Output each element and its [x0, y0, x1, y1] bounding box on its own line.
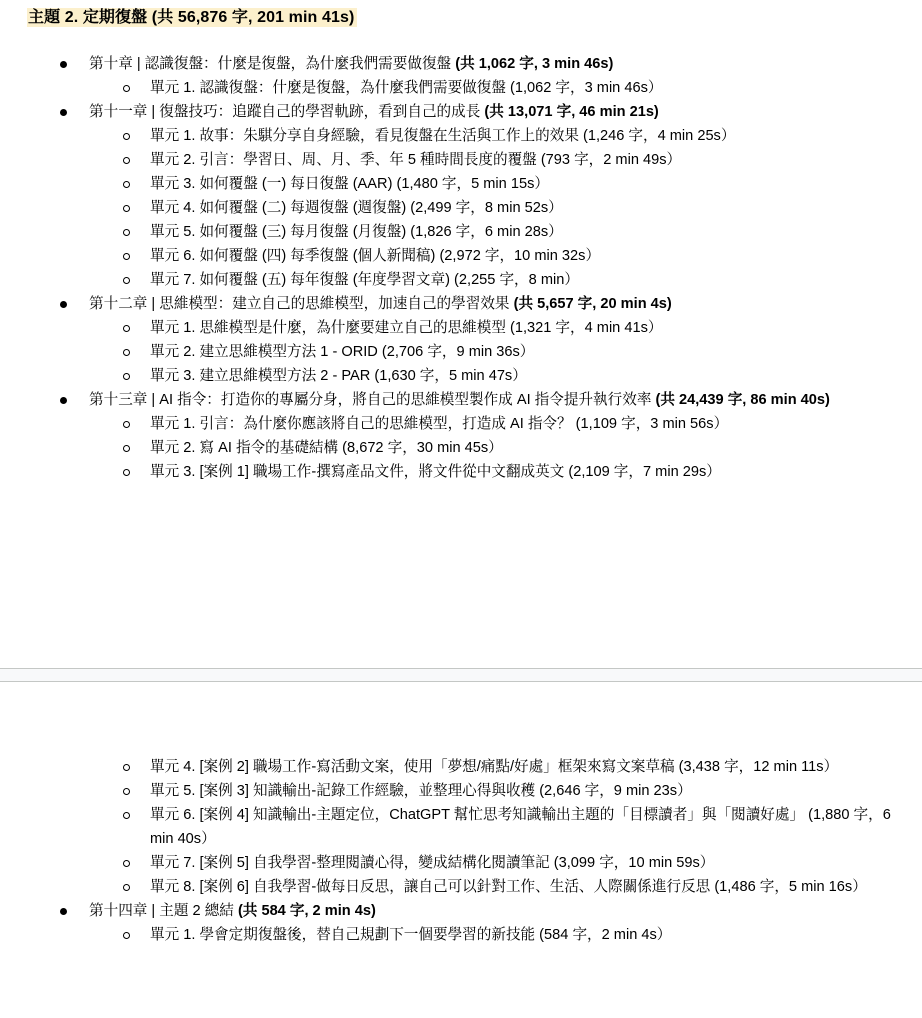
unit-title-text: 單元 3. [案例 1] 職場工作-撰寫產品文件，將文件從中文翻成英文 (2,1…: [150, 464, 721, 480]
bullet-disc-icon: [60, 109, 67, 116]
page-break: [0, 668, 922, 682]
unit-title-text: 單元 5. [案例 3] 知識輸出-記錄工作經驗，並整理心得與收穫 (2,646…: [150, 783, 692, 799]
page-1: 主題 2. 定期復盤 (共 56,876 字, 201 min 41s) 第十章…: [0, 0, 922, 668]
unit-title-text: 單元 1. 認識復盤：什麼是復盤，為什麼我們需要做復盤 (1,062 字，3 m…: [150, 80, 662, 96]
unit-title-text: 單元 4. [案例 2] 職場工作-寫活動文案，使用「夢想/痛點/好處」框架來寫…: [150, 759, 838, 775]
chapter-title-text: 第十一章 | 復盤技巧：追蹤自己的學習軌跡，看到自己的成長: [89, 104, 480, 120]
bullet-circle-icon: [123, 157, 130, 164]
unit-title-text: 單元 5. 如何覆盤 (三) 每月復盤 (月復盤) (1,826 字，6 min…: [150, 224, 563, 240]
bullet-circle-icon: [123, 133, 130, 140]
unit-item: 單元 1. 學會定期復盤後，替自己規劃下一個要學習的新技能 (584 字，2 m…: [0, 923, 894, 947]
unit-item: 單元 1. 故事：朱騏分享自身經驗，看見復盤在生活與工作上的效果 (1,246 …: [0, 124, 894, 148]
bullet-circle-icon: [123, 85, 130, 92]
document-canvas: 主題 2. 定期復盤 (共 56,876 字, 201 min 41s) 第十章…: [0, 0, 922, 1018]
chapter-item: 第十一章 | 復盤技巧：追蹤自己的學習軌跡，看到自己的成長 (共 13,071 …: [0, 100, 894, 124]
bullet-circle-icon: [123, 860, 130, 867]
unit-item: 單元 2. 建立思維模型方法 1 - ORID (2,706 字，9 min 3…: [0, 340, 894, 364]
unit-item: 單元 3. 如何覆盤 (一) 每日復盤 (AAR) (1,480 字，5 min…: [0, 172, 894, 196]
unit-title-text: 單元 1. 引言：為什麼你應該將自己的思維模型，打造成 AI 指令？ (1,10…: [150, 416, 728, 432]
bullet-circle-icon: [123, 253, 130, 260]
bullet-disc-icon: [60, 301, 67, 308]
unit-title-text: 單元 6. [案例 4] 知識輸出-主題定位，ChatGPT 幫忙思考知識輸出主…: [150, 807, 891, 847]
unit-title-text: 單元 1. 思維模型是什麼，為什麼要建立自己的思維模型 (1,321 字，4 m…: [150, 320, 662, 336]
unit-title-text: 單元 2. 建立思維模型方法 1 - ORID (2,706 字，9 min 3…: [150, 344, 534, 360]
chapter-title-text: 第十三章 | AI 指令：打造你的專屬分身，將自己的思維模型製作成 AI 指令提…: [89, 392, 651, 408]
bullet-circle-icon: [123, 421, 130, 428]
bullet-circle-icon: [123, 469, 130, 476]
chapter-stats-text: (共 5,657 字, 20 min 4s): [510, 296, 672, 312]
unit-item: 單元 3. [案例 1] 職場工作-撰寫產品文件，將文件從中文翻成英文 (2,1…: [0, 460, 894, 484]
unit-item: 單元 5. 如何覆盤 (三) 每月復盤 (月復盤) (1,826 字，6 min…: [0, 220, 894, 244]
chapter-item: 第十章 | 認識復盤：什麼是復盤，為什麼我們需要做復盤 (共 1,062 字, …: [0, 52, 894, 76]
chapter-item: 第十二章 | 思維模型：建立自己的思維模型，加速自己的學習效果 (共 5,657…: [0, 292, 894, 316]
unit-title-text: 單元 7. [案例 5] 自我學習-整理閱讀心得，變成結構化閱讀筆記 (3,09…: [150, 855, 714, 871]
unit-item: 單元 7. [案例 5] 自我學習-整理閱讀心得，變成結構化閱讀筆記 (3,09…: [0, 851, 894, 875]
unit-title-text: 單元 3. 建立思維模型方法 2 - PAR (1,630 字，5 min 47…: [150, 368, 527, 384]
bullet-circle-icon: [123, 181, 130, 188]
bullet-disc-icon: [60, 61, 67, 68]
topic-title-highlight: 主題 2. 定期復盤 (共 56,876 字, 201 min 41s): [27, 8, 357, 27]
unit-title-text: 單元 4. 如何覆盤 (二) 每週復盤 (週復盤) (2,499 字，8 min…: [150, 200, 563, 216]
unit-item: 單元 2. 寫 AI 指令的基礎結構 (8,672 字，30 min 45s）: [0, 436, 894, 460]
unit-item: 單元 6. [案例 4] 知識輸出-主題定位，ChatGPT 幫忙思考知識輸出主…: [0, 803, 894, 851]
unit-item: 單元 1. 思維模型是什麼，為什麼要建立自己的思維模型 (1,321 字，4 m…: [0, 316, 894, 340]
chapter-item: 第十四章 | 主題 2 總結 (共 584 字, 2 min 4s): [0, 899, 894, 923]
bullet-circle-icon: [123, 812, 130, 819]
unit-item: 單元 3. 建立思維模型方法 2 - PAR (1,630 字，5 min 47…: [0, 364, 894, 388]
unit-item: 單元 1. 引言：為什麼你應該將自己的思維模型，打造成 AI 指令？ (1,10…: [0, 412, 894, 436]
bullet-circle-icon: [123, 325, 130, 332]
bullet-circle-icon: [123, 932, 130, 939]
bullet-circle-icon: [123, 788, 130, 795]
bullet-circle-icon: [123, 229, 130, 236]
chapter-stats-text: (共 13,071 字, 46 min 21s): [480, 104, 658, 120]
unit-item: 單元 2. 引言：學習日、周、月、季、年 5 種時間長度的覆盤 (793 字，2…: [0, 148, 894, 172]
unit-title-text: 單元 7. 如何覆盤 (五) 每年復盤 (年度學習文章) (2,255 字，8 …: [150, 272, 579, 288]
unit-title-text: 單元 2. 引言：學習日、周、月、季、年 5 種時間長度的覆盤 (793 字，2…: [150, 152, 681, 168]
unit-item: 單元 8. [案例 6] 自我學習-做每日反思，讓自己可以針對工作、生活、人際關…: [0, 875, 894, 899]
chapter-stats-text: (共 24,439 字, 86 min 40s): [651, 392, 829, 408]
bullet-circle-icon: [123, 205, 130, 212]
bullet-circle-icon: [123, 764, 130, 771]
unit-item: 單元 6. 如何覆盤 (四) 每季復盤 (個人新聞稿) (2,972 字，10 …: [0, 244, 894, 268]
bullet-disc-icon: [60, 397, 67, 404]
unit-item: 單元 4. 如何覆盤 (二) 每週復盤 (週復盤) (2,499 字，8 min…: [0, 196, 894, 220]
unit-item: 單元 7. 如何覆盤 (五) 每年復盤 (年度學習文章) (2,255 字，8 …: [0, 268, 894, 292]
unit-title-text: 單元 3. 如何覆盤 (一) 每日復盤 (AAR) (1,480 字，5 min…: [150, 176, 549, 192]
chapter-title-text: 第十二章 | 思維模型：建立自己的思維模型，加速自己的學習效果: [89, 296, 510, 312]
topic-title: 主題 2. 定期復盤 (共 56,876 字, 201 min 41s): [27, 5, 922, 30]
unit-item: 單元 5. [案例 3] 知識輸出-記錄工作經驗，並整理心得與收穫 (2,646…: [0, 779, 894, 803]
bullet-circle-icon: [123, 277, 130, 284]
chapter-stats-text: (共 1,062 字, 3 min 46s): [451, 56, 613, 72]
page-2: 單元 4. [案例 2] 職場工作-寫活動文案，使用「夢想/痛點/好處」框架來寫…: [0, 682, 922, 1018]
unit-title-text: 單元 6. 如何覆盤 (四) 每季復盤 (個人新聞稿) (2,972 字，10 …: [150, 248, 600, 264]
outline-page-2: 單元 4. [案例 2] 職場工作-寫活動文案，使用「夢想/痛點/好處」框架來寫…: [0, 755, 922, 947]
unit-title-text: 單元 1. 故事：朱騏分享自身經驗，看見復盤在生活與工作上的效果 (1,246 …: [150, 128, 735, 144]
chapter-title-text: 第十章 | 認識復盤：什麼是復盤，為什麼我們需要做復盤: [89, 56, 451, 72]
unit-item: 單元 4. [案例 2] 職場工作-寫活動文案，使用「夢想/痛點/好處」框架來寫…: [0, 755, 894, 779]
chapter-item: 第十三章 | AI 指令：打造你的專屬分身，將自己的思維模型製作成 AI 指令提…: [0, 388, 894, 412]
bullet-circle-icon: [123, 349, 130, 356]
bullet-circle-icon: [123, 445, 130, 452]
chapter-stats-text: (共 584 字, 2 min 4s): [234, 903, 376, 919]
unit-title-text: 單元 1. 學會定期復盤後，替自己規劃下一個要學習的新技能 (584 字，2 m…: [150, 927, 671, 943]
unit-item: 單元 1. 認識復盤：什麼是復盤，為什麼我們需要做復盤 (1,062 字，3 m…: [0, 76, 894, 100]
outline-page-1: 第十章 | 認識復盤：什麼是復盤，為什麼我們需要做復盤 (共 1,062 字, …: [0, 52, 922, 484]
unit-title-text: 單元 8. [案例 6] 自我學習-做每日反思，讓自己可以針對工作、生活、人際關…: [150, 879, 867, 895]
chapter-title-text: 第十四章 | 主題 2 總結: [89, 903, 234, 919]
bullet-disc-icon: [60, 908, 67, 915]
unit-title-text: 單元 2. 寫 AI 指令的基礎結構 (8,672 字，30 min 45s）: [150, 440, 503, 456]
bullet-circle-icon: [123, 373, 130, 380]
bullet-circle-icon: [123, 884, 130, 891]
